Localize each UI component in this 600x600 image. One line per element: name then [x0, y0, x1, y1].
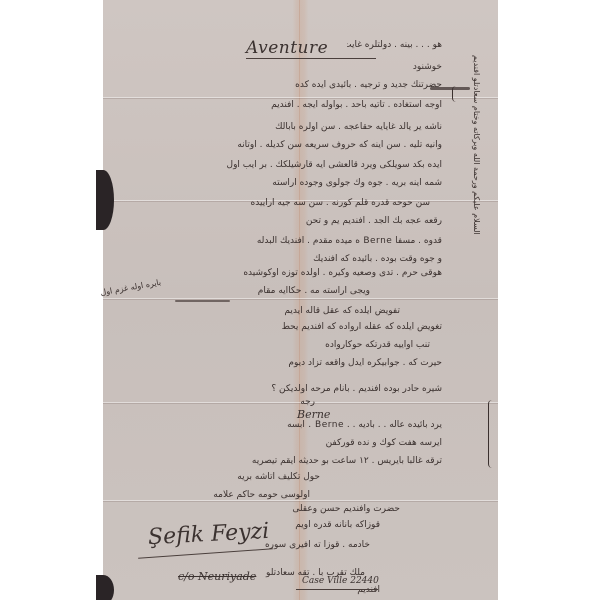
handwritten-line: ﺣﻴﺮﺕ ﻛﻪ . ﺟﻮﺍﺑﻴﻜﺮﻩ ﺍﻳﺪﻝ ﻭﺍﻗﻌﻪ ﺗﺰﺍﺩ ﺩﻳﻮﻡ: [142, 358, 442, 368]
handwritten-line: ﻳﺮﺩ ﺑﺎﺋﻴﺪﻩ ﻋﺎﻟﻪ . . ﺑﺎﺩﻳﻪ . . Berne . ﺍﺑ…: [142, 420, 442, 430]
ink-stroke: [430, 87, 470, 90]
heading-word-aventure: Aventure: [246, 38, 328, 58]
handwritten-line: ﺷﻴﺮﻩ ﺣﺎﺩﺭ ﺑﻮﺩﻩ ﺍﻓﻨﺪﻳﻢ . ﺑﺎﻧﺎﻡ ﻣﺮﺣﻪ ﺍﻭﻟﺪﻳ…: [152, 384, 442, 394]
handwritten-line: ﺗﻔﻮﻳﺾ ﺍﻳﻠﺪﻩ ﻛﻪ ﻋﻘﻞ ﻗﺎﻟﻪ ﺍﻳﺪﻳﻢ: [200, 306, 400, 316]
handwritten-line: ﺍﻳﺪﻩ ﺑﻜﺪ ﺳﻮﻳﻠﻜﻰ ﻭﻳﺮﺩ ﻗﺎﻟﻌﺸﻰ ﺍﻳﻪ ﻗﺎﺭﺷﻴﻠﻜﻚ…: [142, 160, 442, 170]
handwritten-line: ﺳﻦ ﺣﻮﺣﻪ ﻗﺪﺭﻩ ﻗﻠﻢ ﻛﻮﺭﻧﻪ . ﺳﻦ ﺳﻪ ﺟﻴﻪ ﺁﺭﺍﻳﻴ…: [160, 198, 430, 208]
margin-bracket: [488, 400, 495, 468]
handwritten-line: ﻗﺪﻭﻩ . ﻣﺴﻔﺎ Berne ﻩ ﻣﻴﺪﻩ ﻣﻘﺪﻡ . ﺍﻓﻨﺪﻳﻚ ﺍ…: [132, 236, 442, 246]
handwritten-line: ﺣﻀﺮﺗﻨﻚ ﺟﺪﻳﺪ ﻭ ﺗﺮﺟﻴﻪ . ﺑﺎﺋﻴﺪﻯ ﺍﻳﺪﻩ ﻛﺪﻩ: [142, 80, 442, 90]
margin-bracket: [452, 86, 459, 102]
handwritten-line: ﺗﻐﻮﻳﺾ ﺍﻳﻠﺪﻩ ﻛﻪ ﻋﻘﻠﻪ ﺍﺭﻭﺍﺩﻩ ﻛﻪ ﺍﻓﻨﺪﻳﻢ ﻳﺤﻂ: [142, 322, 442, 332]
address-city: Case Ville 22440: [302, 576, 379, 586]
handwritten-line: ﻭﻳﺠﻰ ﺁﺭﺍﺳﺘﻪ ﻣﻪ . ﺣﻜﺎﺍﻳﻪ ﻣﻘﺎﻡ: [170, 286, 370, 296]
ink-strikethrough: [175, 300, 230, 302]
handwritten-line: ﺍﻳﺮﺳﻪ ﻫﻔﺖ ﻛﻮﻙ ﻭ ﻧﺪﻩ ﻗﻮﺭﻛﻔﻦ: [262, 438, 442, 448]
handwritten-line: ﺧﻮﺷﻨﻮﺩ: [352, 62, 442, 72]
handwritten-line: ﻭ ﺟﻮﻩ ﻭﻗﺖ ﺑﻮﺩﻩ . ﺑﺎﺋﻴﺪﻩ ﻛﻪ ﺍﻓﻨﺪﻳﻚ: [142, 254, 442, 264]
address-care-of: c/o Neuriyade: [178, 570, 256, 583]
handwritten-line: ﺍﻓﻨﺪﻳﻢ: [350, 585, 380, 595]
horizontal-fold-line: [103, 298, 498, 299]
handwritten-line: ﺣﻀﺮﺕ ﻭﺍﻓﻨﺪﻳﻢ ﺣﺴﻦ ﻭﻋﻘﻠﻰ: [240, 504, 400, 514]
handwritten-line: ﻭﺍﻧﻴﻪ ﺗﻠﻴﻪ . ﺳﻦ ﺍﻳﻨﻪ ﻛﻪ ﺣﺮﻭﻑ ﺳﺮﻳﻌﻪ ﺳﻦ ﻛﺪ…: [132, 140, 442, 150]
handwritten-line: ﺍﻭﺟﻪ ﺍﺳﺘﻐﺎﺩﻩ . ﺗﺎﺗﻴﻪ ﺑﺎﺣﺪ . ﺑﻮﺍﻭﻟﻪ ﺍﻳﺠﻪ …: [132, 100, 442, 110]
handwritten-line: ﺷﻤﻪ ﺍﻳﻨﻪ ﺑﺮﻳﻪ . ﺟﻮﻩ ﻭﻙ ﺟﻮﻟﻮﻯ ﻭﺟﻮﺩﻩ ﺁﺭﺍﺳﺘ…: [172, 178, 442, 188]
horizontal-fold-line: [103, 97, 498, 98]
handwritten-line: ﺍﻭﻟﻮﺳﻰ ﺣﻮﻣﻪ ﺣﺎﻛﻢ ﻋﻼﻣﻪ: [150, 490, 310, 500]
handwritten-line: ﻫﻮﻗﻰ ﺣﺮﻡ . ﺗﺪﻯ ﻭﺻﻌﻴﻪ ﻭﻛﻴﺮﻩ . ﺍﻭﻟﺪﻩ ﺗﻮﺯﻩ …: [132, 268, 442, 278]
handwritten-line: ﻧﺎﺷﻪ ﻳﺮ ﻳﺎﻟﺪ ﻏﺎﻳﺎﻳﻪ ﺣﻘﺎﻋﺠﻪ . ﺳﻦ ﺍﻭﻟﺮﻩ ﺑﺎ…: [132, 122, 442, 132]
inline-word-berne: Berne: [297, 408, 330, 421]
handwritten-line: ﺭﺟﻪ: [285, 397, 315, 407]
address-underline: [296, 589, 378, 590]
handwritten-line: ﺗﺮﻗﻪ ﻏﺎﻟﺒﺎ ﺑﺎﻳﺮﻳﺲ . ١٢ ﺳﺎﻋﺖ ﺑﻮ ﺣﺪﻳﺜﻪ ﺍﻳﻘ…: [142, 456, 442, 466]
handwritten-line: ﺗﻨﺐ ﺍﻭﺍﻳﻴﻪ ﻗﺪﺭﺗﻜﻪ ﺣﻮﻛﺎﺭﻭﺍﺩﻩ: [130, 340, 430, 350]
aventure-underline: [246, 58, 376, 59]
right-margin-note: ﺍﻟﺴﻼﻡ ﻋﻠﻴﻜﻢ ﻭﺭﺣﻤﺔ ﺍﻟﻠﻪ ﻭﺑﺮﻛﺎﺗﻪ ﻭﺧﺘﺎﻡ ﺳﻌﺎ…: [472, 55, 481, 585]
handwritten-line: ﻫﻮ . . . ﺑﻴﻨﻪ . ﺩﻭﻟﺘﻠﺮﻩ ﻏﺎﻳﺖ: [347, 40, 442, 50]
handwritten-line: ﺣﻮﻝ ﺗﻜﻠﻴﻒ ﺁﺗﺎﺷﻪ ﺑﺮﻳﻪ: [140, 472, 320, 482]
horizontal-fold-line: [103, 500, 498, 501]
handwritten-line: ﺭﻗﻌﻪ ﻋﺠﻪ ﺑﻚ ﺍﻟﺠﺪ . ﺍﻓﻨﺪﻳﻢ ﻳﻢ ﻭ ﺗﺤﻦ: [132, 216, 442, 226]
